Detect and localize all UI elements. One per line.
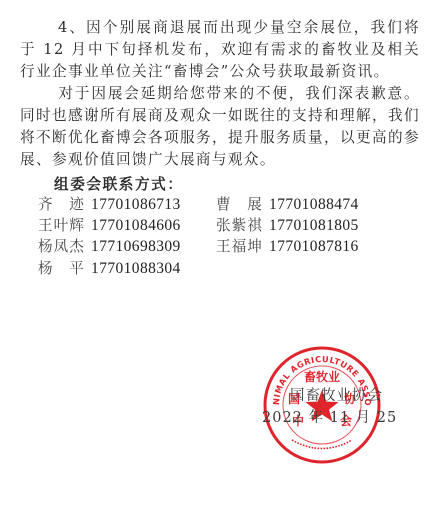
- paragraph-exhibitor-notice: 4、因个别展商退展而出现少量空余展位，我们将于 12 月中下旬择机发布，欢迎有需…: [20, 17, 420, 83]
- paragraph-apology: 对于因展会延期给您带来的不便，我们深表歉意。同时也感谢所有展商及观众一如既往的支…: [20, 83, 420, 171]
- paragraph-text: 4、因个别展商退展而出现少量空余展位，我们将于 12 月中下旬择机发布，欢迎有需…: [20, 19, 420, 80]
- contact-name: 齐 迹: [38, 193, 86, 214]
- contact-phone: 17701088474: [269, 196, 359, 213]
- svg-text:畜牧业: 畜牧业: [304, 369, 340, 384]
- contact-entry: 王叶辉 17701084606: [38, 214, 181, 235]
- contact-name: 王福坤: [216, 235, 264, 256]
- contact-name: 张紫祺: [216, 214, 264, 235]
- contact-entry: 杨 平 17701088304: [38, 257, 181, 278]
- contact-phone: 17701088304: [91, 260, 181, 277]
- contact-phone: 17710698309: [91, 238, 181, 255]
- signature-issuer: 国畜牧业协会: [290, 384, 383, 405]
- contact-entry: 曹 展 17701088474: [216, 193, 359, 214]
- contact-entry: 张紫祺 17701081805: [216, 214, 359, 235]
- contact-name: 杨凤杰: [38, 235, 86, 256]
- contact-phone: 17701087816: [269, 238, 359, 255]
- signature-date: 2022 年 11 月 25: [262, 406, 397, 427]
- official-seal-icon: CHINA ANIMAL AGRICULTURE ASSOCIATION 畜牧业…: [262, 345, 382, 465]
- contacts-heading: 组委会联系方式：: [54, 173, 184, 194]
- contact-phone: 17701081805: [269, 217, 359, 234]
- contact-entry: 杨凤杰 17710698309: [38, 235, 181, 256]
- contact-phone: 17701084606: [91, 217, 181, 234]
- contact-name: 曹 展: [216, 193, 264, 214]
- contact-name: 王叶辉: [38, 214, 86, 235]
- contact-entry: 齐 迹 17701086713: [38, 193, 181, 214]
- paragraph-text: 对于因展会延期给您带来的不便，我们深表歉意。同时也感谢所有展商及观众一如既往的支…: [20, 85, 420, 168]
- contact-name: 杨 平: [38, 257, 86, 278]
- contact-entry: 王福坤 17701087816: [216, 235, 359, 256]
- contact-phone: 17701086713: [91, 196, 181, 213]
